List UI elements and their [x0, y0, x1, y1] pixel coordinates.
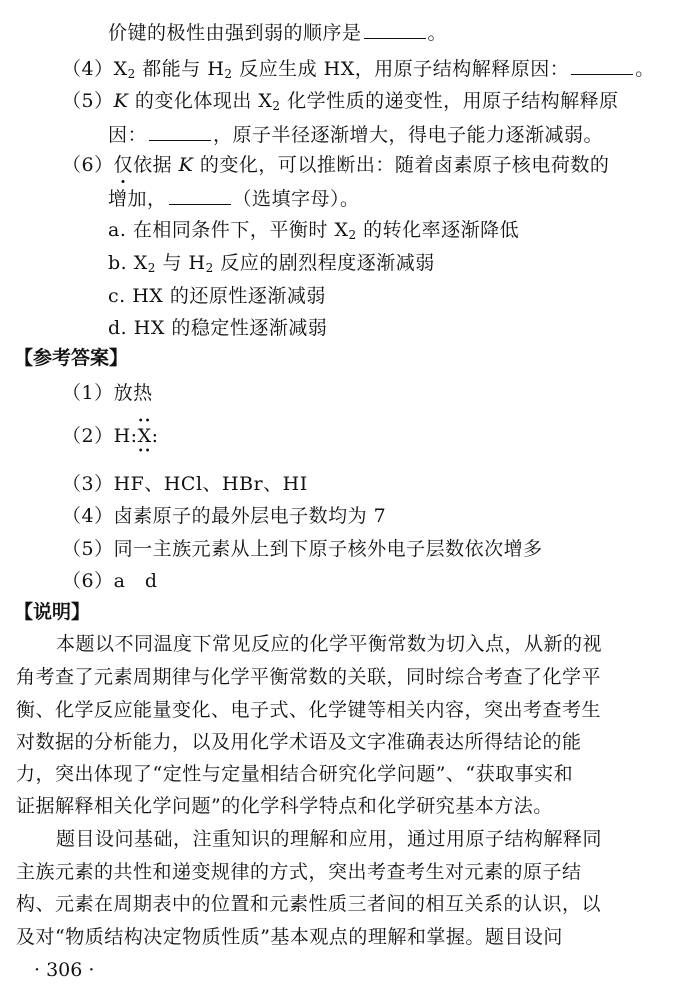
hydrogen-symbol: H [114, 425, 131, 447]
option-text: 在相同条件下，平衡时 X [133, 219, 349, 241]
answer-blank [571, 56, 633, 75]
question-4: （4）X2 都能与 H2 反应生成 HX，用原子结构解释原因：。 [62, 56, 655, 81]
question-text: 依据 [133, 154, 179, 176]
option-text: 反应的剧烈程度逐渐减弱 [214, 252, 435, 274]
option-label: c. [108, 285, 132, 307]
question-number: （4） [62, 58, 114, 80]
answer-heading: 【参考答案】 [14, 346, 128, 370]
answer-2: （2）H:••X••: [62, 424, 159, 448]
option-c: c. HX 的还原性逐渐减弱 [108, 284, 326, 308]
period: 。 [635, 58, 655, 80]
option-label: d. [108, 317, 134, 339]
question-text: 反应生成 HX，用原子结构解释原因： [233, 58, 570, 80]
page-number: · 306 · [34, 958, 94, 982]
variable-k: K [179, 154, 194, 176]
question-text: 价键的极性由强到弱的顺序是 [108, 22, 362, 44]
subscript: 2 [224, 67, 232, 81]
option-text: X [134, 252, 148, 274]
paragraph-1-line: 证据解释相关化学问题”的化学科学特点和化学研究基本方法。 [16, 794, 666, 818]
paragraph-2-line: 及对“物质结构决定物质性质”基本观点的理解和掌握。题目设问 [16, 925, 666, 949]
option-b: b. X2 与 H2 反应的剧烈程度逐渐减弱 [108, 251, 435, 275]
question-text: ，原子半径逐渐增大，得电子能力逐渐减弱。 [213, 124, 603, 146]
explanation-heading: 【说明】 [14, 600, 90, 624]
lone-pair-top: •• [138, 417, 152, 427]
option-text: 的转化率逐渐降低 [357, 219, 520, 241]
answer-blank [169, 186, 231, 205]
x-symbol: X [138, 425, 152, 447]
answer-text: 卤素原子的最外层电子数均为 7 [114, 505, 387, 527]
paragraph-1-line: 力，突出体现了“定性与定量相结合研究化学问题”、“获取事实和 [16, 762, 666, 786]
answer-number: （1） [62, 382, 114, 404]
question-text: 的变化体现出 X [128, 90, 272, 112]
answer-text: HF、HCl、HBr、HI [114, 473, 308, 495]
question-text: 因： [108, 124, 147, 146]
question-6: （6）仅依据 K 的变化，可以推断出：随着卤素原子核电荷数的 [62, 153, 609, 177]
option-a: a. 在相同条件下，平衡时 X2 的转化率逐渐降低 [108, 218, 519, 242]
lone-pair-right: : [152, 425, 159, 447]
lone-pair-bottom: •• [138, 447, 152, 457]
subscript: 2 [128, 67, 136, 81]
question-5: （5）K 的变化体现出 X2 化学性质的递变性，用原子结构解释原 [62, 89, 619, 113]
paragraph-2-line: 主族元素的共性和递变规律的方式，突出考查考生对元素的原子结 [16, 860, 666, 884]
option-label: a. [108, 219, 133, 241]
paragraph-1-line: 角考查了元素周期律与化学平衡常数的关联，同时综合考查了化学平 [16, 665, 666, 689]
answer-3: （3）HF、HCl、HBr、HI [62, 472, 308, 496]
answer-text: a d [114, 570, 158, 592]
option-text: HX 的稳定性逐渐减弱 [134, 317, 328, 339]
question-number: （5） [62, 90, 114, 112]
paragraph-1-line: 对数据的分析能力，以及用化学术语及文字准确表达所得结论的能 [16, 730, 666, 754]
answer-1: （1）放热 [62, 381, 153, 405]
period: 。 [428, 22, 448, 44]
question-text: 的变化，可以推断出：随着卤素原子核电荷数的 [193, 154, 609, 176]
subscript: 2 [272, 99, 280, 113]
answer-number: （2） [62, 425, 114, 447]
shared-electron-pair: : [131, 425, 138, 447]
question-text: （选填字母）。 [233, 188, 360, 210]
question-3-continuation: 价键的极性由强到弱的顺序是。 [108, 20, 447, 45]
question-6-line-2: 增加，（选填字母）。 [108, 186, 360, 211]
answer-text: 放热 [114, 382, 153, 404]
paragraph-2-line: 构、元素在周期表中的位置和元素性质三者间的相互关系的认识，以 [16, 892, 666, 916]
answer-blank [364, 20, 426, 39]
question-text: 都能与 H [136, 58, 225, 80]
variable-k: K [114, 90, 129, 112]
question-text: 化学性质的递变性，用原子结构解释原 [281, 90, 619, 112]
subscript: 2 [148, 261, 156, 275]
question-number: （6） [62, 154, 114, 176]
answer-number: （5） [62, 538, 114, 560]
option-d: d. HX 的稳定性逐渐减弱 [108, 316, 327, 340]
subscript: 2 [206, 261, 214, 275]
question-5-line-2: 因：，原子半径逐渐增大，得电子能力逐渐减弱。 [108, 122, 603, 147]
answer-6: （6）a d [62, 569, 158, 593]
paragraph-1-line: 衡、化学反应能量变化、电子式、化学键等相关内容，突出考查考生 [16, 698, 666, 722]
answer-5: （5）同一主族元素从上到下原子核外电子层数依次增多 [62, 537, 543, 561]
option-label: b. [108, 252, 134, 274]
answer-text: 同一主族元素从上到下原子核外电子层数依次增多 [114, 538, 543, 560]
option-text: HX 的还原性逐渐减弱 [132, 285, 326, 307]
halogen-symbol: ••X•• [138, 424, 152, 448]
answer-number: （6） [62, 570, 114, 592]
option-text: 与 H [156, 252, 206, 274]
lewis-structure-hx: H:••X••: [114, 424, 159, 448]
answer-blank [149, 122, 211, 141]
paragraph-1-line: 本题以不同温度下常见反应的化学平衡常数为切入点，从新的视 [56, 632, 602, 656]
answer-number: （4） [62, 505, 114, 527]
formula-x: X [114, 58, 128, 80]
subscript: 2 [349, 228, 357, 242]
emphasis-char: 仅 [114, 153, 134, 177]
question-text: 增加， [108, 188, 167, 210]
paragraph-2-line: 题目设问基础，注重知识的理解和应用，通过用原子结构解释同 [56, 827, 602, 851]
answer-4: （4）卤素原子的最外层电子数均为 7 [62, 504, 386, 528]
answer-number: （3） [62, 473, 114, 495]
